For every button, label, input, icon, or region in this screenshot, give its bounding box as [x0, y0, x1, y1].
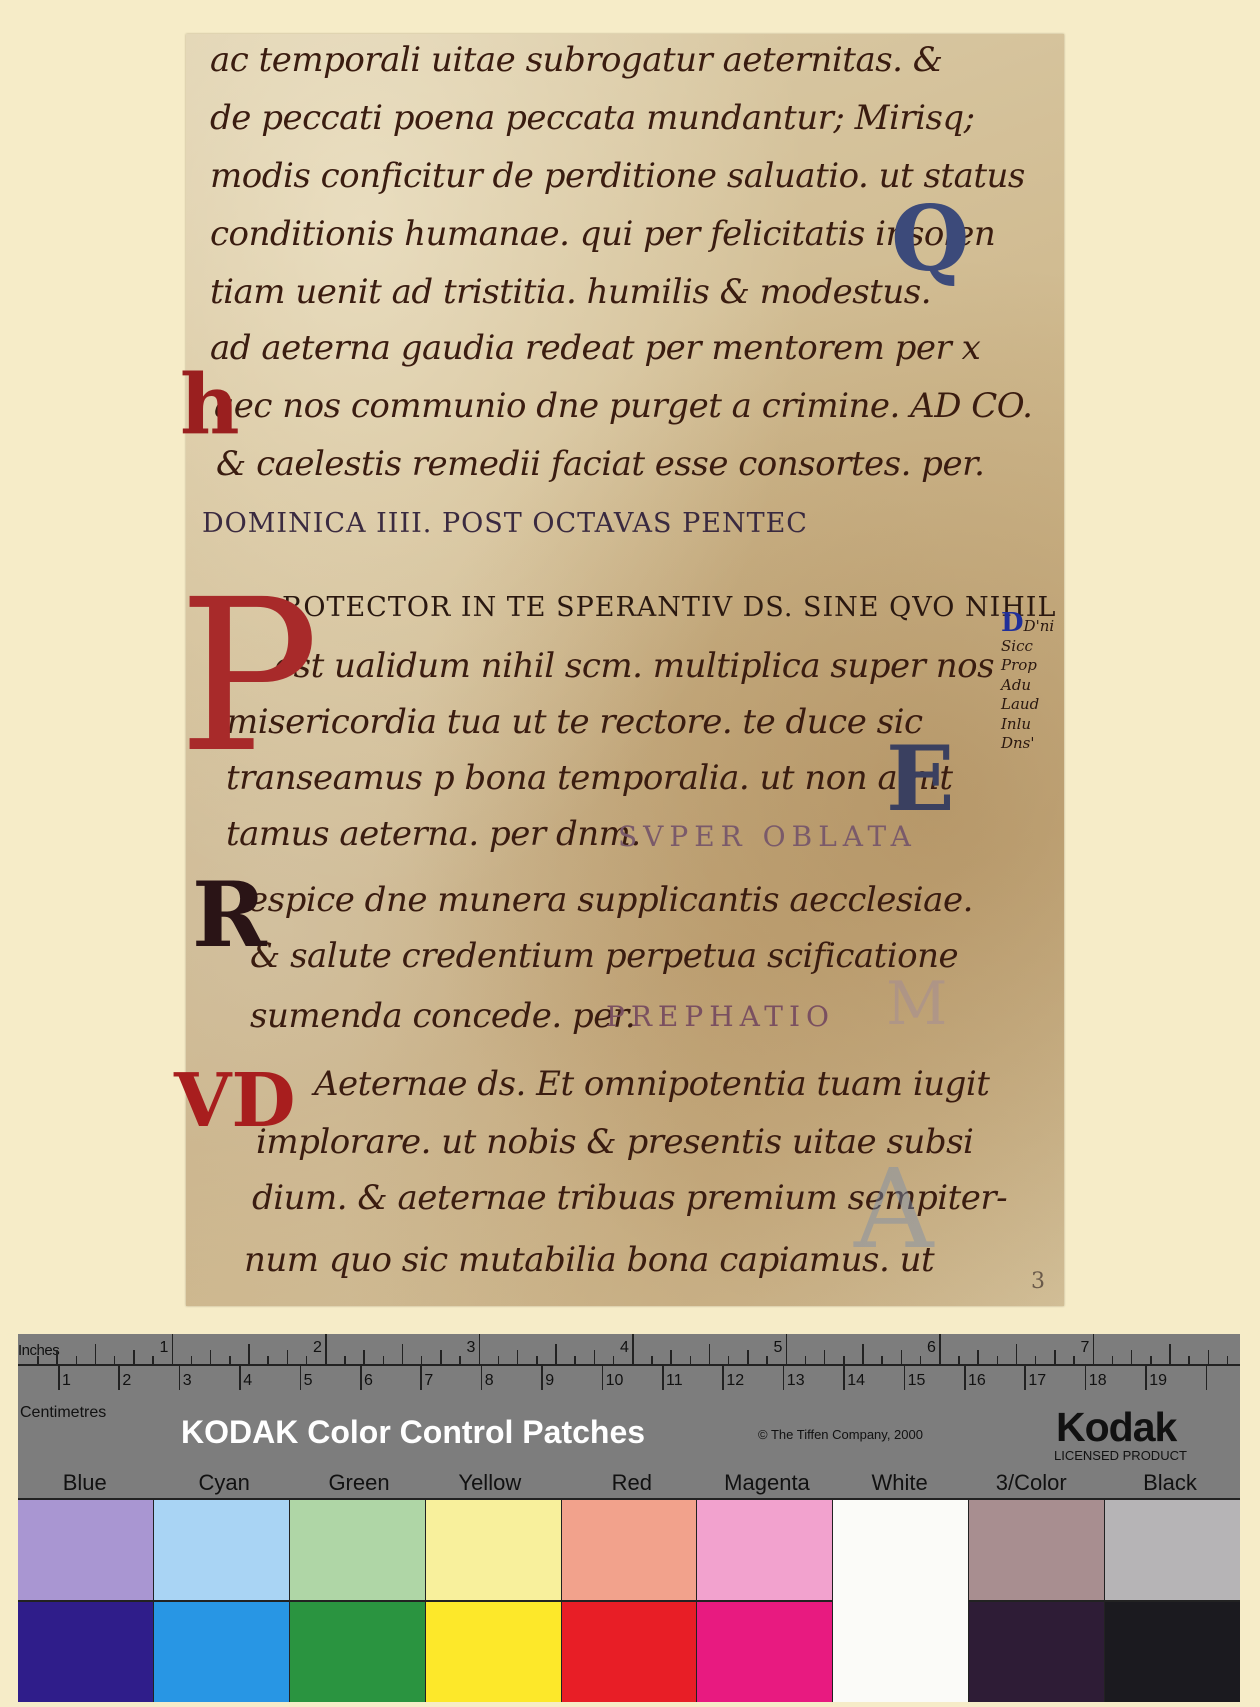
inch-tick — [344, 1356, 346, 1364]
patch-label-blue: Blue — [63, 1470, 107, 1496]
cm-tick — [1145, 1364, 1147, 1390]
cm-mark-label: 16 — [968, 1372, 986, 1390]
patch-yellow — [426, 1500, 562, 1702]
cm-tick — [481, 1364, 483, 1390]
inch-tick — [997, 1356, 999, 1364]
inch-tick — [632, 1334, 634, 1364]
cm-mark-label: 12 — [726, 1372, 744, 1390]
patch-label-cyan: Cyan — [198, 1470, 249, 1496]
inch-mark-label: 3 — [467, 1339, 476, 1357]
cm-tick — [541, 1364, 543, 1390]
inch-tick — [536, 1356, 538, 1364]
patch-green — [290, 1500, 426, 1702]
text-line: num quo sic mutabilia bona capiamus. ut — [244, 1240, 934, 1280]
inch-tick — [114, 1356, 116, 1364]
target-title: KODAK Color Control Patches — [181, 1414, 645, 1451]
inch-tick — [613, 1356, 615, 1364]
inch-tick — [152, 1356, 154, 1364]
patch-solid — [969, 1602, 1104, 1702]
patch-tint — [1105, 1500, 1240, 1602]
rubric-heading: DOMINICA IIII. POST OCTAVAS PENTEC — [202, 508, 808, 539]
inch-tick — [881, 1356, 883, 1364]
text-line: ad aeterna gaudia redeat per mentorem pe… — [210, 328, 980, 368]
inch-tick — [267, 1356, 269, 1364]
inch-tick — [574, 1356, 576, 1364]
inch-tick — [402, 1344, 404, 1364]
patch-tint — [18, 1500, 153, 1602]
inch-tick — [766, 1356, 768, 1364]
patch-label-magenta: Magenta — [724, 1470, 810, 1496]
inch-tick — [459, 1356, 461, 1364]
inch-tick — [191, 1356, 193, 1364]
initial-r-dark: R — [192, 870, 267, 960]
inch-tick — [133, 1350, 135, 1364]
cm-mark-label: 17 — [1028, 1372, 1046, 1390]
patch-tint — [833, 1500, 968, 1601]
inch-mark-label: 2 — [313, 1339, 322, 1357]
inch-tick — [1073, 1356, 1075, 1364]
patch-tint — [290, 1500, 425, 1602]
inch-tick — [690, 1356, 692, 1364]
cm-mark-label: 10 — [606, 1372, 624, 1390]
inch-tick — [517, 1350, 519, 1364]
cm-tick — [179, 1364, 181, 1390]
text-line: & caelestis remedii faciat esse consorte… — [216, 444, 984, 484]
inch-tick — [651, 1356, 653, 1364]
cm-mark-label: 7 — [424, 1372, 433, 1390]
inch-tick — [95, 1344, 97, 1364]
text-line: espice dne munera supplicantis aecclesia… — [248, 880, 973, 920]
initial-e-blue: E — [886, 734, 955, 824]
cm-mark-label: 18 — [1089, 1372, 1107, 1390]
patch-solid — [1105, 1602, 1240, 1702]
patch-solid — [290, 1602, 425, 1702]
inch-tick — [210, 1350, 212, 1364]
cm-tick — [1024, 1364, 1026, 1390]
inch-tick — [1054, 1350, 1056, 1364]
inch-tick — [1188, 1356, 1190, 1364]
inch-tick — [786, 1334, 788, 1364]
margin-line: Prop — [1001, 656, 1061, 676]
margin-note: DD'ni Sicc Prop Adu Laud Inlu Dns' — [1001, 614, 1061, 754]
inch-tick — [421, 1356, 423, 1364]
inch-tick — [363, 1350, 365, 1364]
folio-number: 3 — [1031, 1269, 1045, 1294]
inch-tick — [383, 1356, 385, 1364]
text-line: aec nos communio dne purget a crimine. A… — [214, 386, 1033, 426]
patch-tint — [562, 1500, 697, 1602]
margin-line: Inlu — [1001, 715, 1061, 735]
patch-tint — [697, 1500, 832, 1602]
cm-tick — [300, 1364, 302, 1390]
cm-mark-label: 19 — [1149, 1372, 1167, 1390]
inch-tick — [440, 1350, 442, 1364]
text-line: est ualidum nihil scm. multiplica super … — [274, 646, 994, 686]
inch-mark-label: 7 — [1081, 1339, 1090, 1357]
faded-initial-a: A — [854, 1154, 933, 1264]
inch-tick — [747, 1350, 749, 1364]
patch-tint — [154, 1500, 289, 1602]
cm-mark-label: 2 — [122, 1372, 131, 1390]
patch-tint — [969, 1500, 1104, 1602]
blue-initial-d: D — [1001, 608, 1024, 638]
inch-tick — [901, 1350, 903, 1364]
inch-tick — [1150, 1356, 1152, 1364]
patch-label-black: Black — [1143, 1470, 1197, 1496]
text-line: Aeternae ds. Et omnipotentia tuam iugit — [314, 1064, 989, 1104]
inch-ruler: Inches 1234567 — [18, 1334, 1240, 1366]
inch-mark-label: 6 — [927, 1339, 936, 1357]
patch-tint — [426, 1500, 561, 1602]
manuscript-leaf: ac temporali uitae subrogatur aeternitas… — [186, 34, 1064, 1306]
inch-tick — [37, 1356, 39, 1364]
initial-q-blue: Q — [891, 194, 969, 284]
initial-p-red: P — [178, 572, 319, 782]
patch-label-white: White — [872, 1470, 928, 1496]
text-line: misericordia tua ut te rectore. te duce … — [226, 702, 923, 742]
cm-tick — [1085, 1364, 1087, 1390]
margin-text: D'ni — [1024, 617, 1055, 635]
inch-tick — [1227, 1356, 1229, 1364]
inch-tick — [1131, 1350, 1133, 1364]
patch-labels: BlueCyanGreenYellowRedMagentaWhite3/Colo… — [18, 1464, 1240, 1498]
copyright-text: © The Tiffen Company, 2000 — [758, 1427, 923, 1442]
cm-mark-label: 6 — [364, 1372, 373, 1390]
patch-red — [562, 1500, 698, 1702]
patch-solid — [154, 1602, 289, 1702]
rubric-super-oblata: SVPER OBLATA — [618, 820, 917, 853]
patch-3-color — [969, 1500, 1105, 1702]
cm-mark-label: 9 — [545, 1372, 554, 1390]
text-line: sumenda concede. per. — [250, 996, 635, 1036]
inch-tick — [1208, 1350, 1210, 1364]
patch-solid — [426, 1602, 561, 1702]
inch-tick — [1035, 1356, 1037, 1364]
inch-tick — [498, 1356, 500, 1364]
cm-tick — [118, 1364, 120, 1390]
cm-mark-label: 4 — [243, 1372, 252, 1390]
cm-mark-label: 5 — [304, 1372, 313, 1390]
patch-white — [833, 1500, 969, 1702]
kodak-color-target: Inches 1234567 1234567891011121314151617… — [18, 1334, 1240, 1700]
text-line: de peccati poena peccata mundantur; Miri… — [210, 98, 975, 138]
cm-mark-label: 3 — [183, 1372, 192, 1390]
rubric-prephatio: PREPHATIO — [606, 1000, 835, 1033]
patch-solid — [697, 1602, 832, 1702]
centimetres-label: Centimetres — [20, 1404, 106, 1422]
patch-solid — [833, 1601, 968, 1702]
inch-tick — [920, 1356, 922, 1364]
cm-tick — [420, 1364, 422, 1390]
text-line: ROTECTOR IN TE SPERANTIV DS. SINE QVO NI… — [282, 592, 1056, 623]
cm-tick — [662, 1364, 664, 1390]
cm-mark-label: 13 — [787, 1372, 805, 1390]
patch-solid — [562, 1602, 697, 1702]
inch-tick — [1169, 1344, 1171, 1364]
faded-initial-m: M — [886, 974, 947, 1034]
inch-tick — [229, 1356, 231, 1364]
inch-tick — [555, 1344, 557, 1364]
inch-tick — [805, 1356, 807, 1364]
patch-label-red: Red — [612, 1470, 652, 1496]
margin-line: DD'ni — [1001, 614, 1061, 637]
inch-tick — [76, 1356, 78, 1364]
inch-tick — [824, 1350, 826, 1364]
inch-tick — [958, 1356, 960, 1364]
cm-tick — [1206, 1364, 1208, 1390]
patch-solid — [18, 1602, 153, 1702]
centimetre-ruler: 12345678910111213141516171819 — [18, 1364, 1240, 1404]
inch-tick — [479, 1334, 481, 1364]
inch-tick — [287, 1350, 289, 1364]
inch-tick — [670, 1350, 672, 1364]
margin-line: Dns' — [1001, 734, 1061, 754]
margin-line: Sicc — [1001, 637, 1061, 657]
inch-mark-label: 4 — [620, 1339, 629, 1357]
initial-h-red: h — [180, 364, 240, 446]
cm-tick — [360, 1364, 362, 1390]
text-line: ac temporali uitae subrogatur aeternitas… — [210, 40, 943, 80]
cm-tick — [58, 1364, 60, 1390]
margin-line: Adu — [1001, 676, 1061, 696]
licensed-product-text: LICENSED PRODUCT — [1054, 1448, 1187, 1463]
inch-mark-label: 5 — [774, 1339, 783, 1357]
cm-tick — [964, 1364, 966, 1390]
inch-tick — [248, 1344, 250, 1364]
inch-tick — [1016, 1344, 1018, 1364]
cm-mark-label: 15 — [908, 1372, 926, 1390]
cm-tick — [783, 1364, 785, 1390]
inch-tick — [594, 1350, 596, 1364]
text-line: & salute credentium perpetua scification… — [250, 936, 958, 976]
inch-tick — [306, 1356, 308, 1364]
inch-tick — [728, 1356, 730, 1364]
inch-mark-label: 1 — [160, 1339, 169, 1357]
inch-tick — [1112, 1356, 1114, 1364]
margin-line: Laud — [1001, 695, 1061, 715]
inch-tick — [325, 1334, 327, 1364]
text-line: conditionis humanae. qui per felicitatis… — [210, 214, 995, 254]
cm-mark-label: 11 — [666, 1372, 683, 1390]
patch-label-3-color: 3/Color — [996, 1470, 1067, 1496]
kodak-logo: Kodak — [1056, 1404, 1176, 1451]
initial-vd-red: VD — [174, 1064, 296, 1138]
text-line: tiam uenit ad tristitia. humilis & modes… — [210, 272, 931, 312]
inch-tick — [862, 1344, 864, 1364]
color-patches — [18, 1498, 1240, 1702]
cm-tick — [843, 1364, 845, 1390]
inch-tick — [1093, 1334, 1095, 1364]
inch-tick — [56, 1350, 58, 1364]
cm-tick — [239, 1364, 241, 1390]
cm-tick — [722, 1364, 724, 1390]
patch-blue — [18, 1500, 154, 1702]
patch-label-yellow: Yellow — [458, 1470, 521, 1496]
patch-magenta — [697, 1500, 833, 1702]
inch-tick — [939, 1334, 941, 1364]
cm-mark-label: 14 — [847, 1372, 865, 1390]
text-line: transeamus p bona temporalia. ut non ami… — [226, 758, 953, 798]
patch-label-green: Green — [328, 1470, 389, 1496]
inch-tick — [709, 1344, 711, 1364]
patch-black — [1105, 1500, 1240, 1702]
text-line: tamus aeterna. per dnm. — [226, 814, 641, 854]
inch-tick — [977, 1350, 979, 1364]
cm-mark-label: 1 — [62, 1372, 71, 1390]
cm-mark-label: 8 — [485, 1372, 494, 1390]
inch-tick — [843, 1356, 845, 1364]
patch-cyan — [154, 1500, 290, 1702]
inch-tick — [172, 1334, 174, 1364]
cm-tick — [602, 1364, 604, 1390]
cm-tick — [904, 1364, 906, 1390]
